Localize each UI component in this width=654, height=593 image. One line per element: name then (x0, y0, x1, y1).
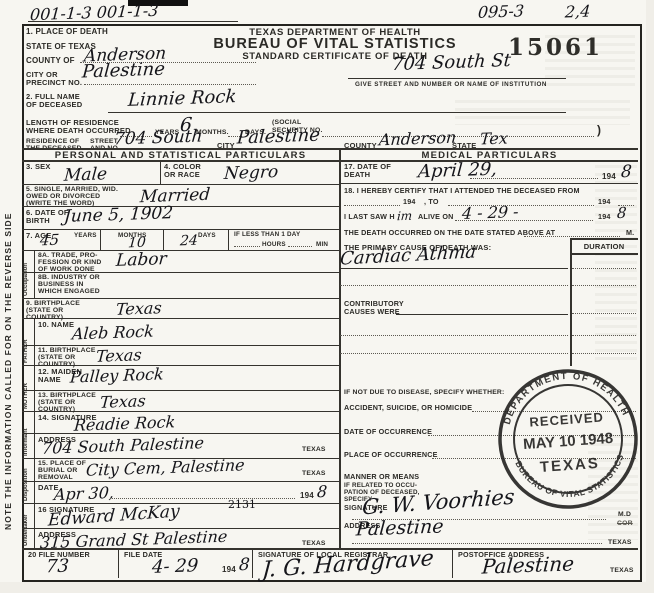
city-label-2: PRECINCT NO. (26, 78, 82, 87)
undertaker-code: 2131 (228, 498, 256, 511)
file-number-value: 73 (45, 556, 69, 578)
full-name-value: Linnie Rock (127, 86, 237, 111)
physician-cor-label: COR (617, 520, 633, 528)
fill-line (340, 335, 568, 336)
bureau-title: BUREAU OF VITAL STATISTICS (170, 36, 500, 52)
rule-line (340, 183, 638, 184)
burial-date-year-printed: 194 (300, 491, 314, 501)
undertaker-side-label: Undertaker (23, 505, 29, 546)
date-occ-label: DATE OF OCCURRENCE (344, 428, 432, 437)
rule-line (22, 298, 340, 299)
fill-line (84, 84, 256, 85)
dod-year-written: 8 (620, 162, 632, 182)
fill-line (572, 313, 636, 314)
fill-line (344, 205, 400, 206)
fill-line (352, 543, 602, 544)
personal-section-title: PERSONAL AND STATISTICAL PARTICULARS (22, 150, 339, 161)
county-label: COUNTY OF (26, 56, 75, 66)
age-years-label: YEARS (74, 232, 97, 240)
father-name-value: Aleb Rock (71, 322, 154, 344)
last-saw-mid: ALIVE ON (418, 213, 454, 222)
not-disease-label: IF NOT DUE TO DISEASE, SPECIFY WHETHER: (344, 389, 505, 397)
age-days-value: 24 (179, 233, 198, 250)
rule-line (340, 268, 568, 269)
dob-value: June 5, 1902 (63, 203, 173, 227)
last-saw-fill: im (397, 209, 413, 224)
contributory-label-2: CAUSES WERE (344, 308, 400, 317)
rule-line (252, 548, 253, 578)
trade-label-3: OF WORK DONE (38, 266, 95, 274)
place-of-death-label: 1. PLACE OF DEATH (26, 27, 108, 37)
file-date-year-printed: 194 (222, 565, 236, 575)
dob-label-2: BIRTH (26, 216, 50, 225)
received-stamp: DEPARTMENT OF HEALTH BUREAU OF VITAL STA… (491, 361, 645, 517)
fill-line (572, 335, 636, 336)
mother-bp-value: Texas (99, 391, 146, 412)
occupation-side-label: Occupation (23, 252, 29, 296)
fill-line (110, 498, 295, 499)
rule-line (570, 238, 572, 366)
manner-label: MANNER OR MEANS (344, 473, 419, 482)
city-value: Palestine (81, 59, 165, 83)
stamp-date: MAY 10 1948 (523, 430, 614, 453)
street-caption: GIVE STREET AND NUMBER OR NAME OF INSTIT… (355, 81, 547, 89)
rule-line (348, 78, 566, 79)
res-street-value: 704 South (113, 126, 203, 149)
burial-state: TEXAS (302, 470, 326, 478)
ssn-paren: ) (597, 123, 601, 137)
color-label-2: OR RACE (164, 170, 200, 179)
informant-sig-value: Readie Rock (73, 412, 176, 435)
margin-note: NOTE THE INFORMATION CALLED FOR ON THE R… (3, 138, 13, 530)
rule-line (118, 548, 119, 578)
sex-label: 3. SEX (26, 162, 51, 171)
fill-line (288, 246, 312, 247)
accident-label: ACCIDENT, SUICIDE, OR HOMICIDE (344, 404, 472, 413)
certify-to: , TO (424, 198, 439, 207)
undertaker-addr-state: TEXAS (302, 540, 326, 548)
rule-line (100, 229, 101, 250)
age-years-value: 45 (39, 231, 59, 250)
rule-line (22, 390, 340, 391)
res-city-value: Palestine (236, 125, 320, 149)
postoffice-state: TEXAS (610, 567, 634, 575)
street-value: 704 South St (391, 50, 511, 75)
file-date-value: 4- 29 (151, 555, 199, 578)
rule-line (228, 229, 229, 250)
burial-date-year-written: 8 (316, 482, 328, 501)
fill-line (340, 285, 568, 286)
age-days-label: DAYS (198, 232, 216, 240)
age-less-label: IF LESS THAN 1 DAY (234, 231, 300, 239)
color-value: Negro (223, 162, 279, 184)
dod-label-2: DEATH (344, 170, 370, 179)
file-date-year-written: 8 (238, 555, 250, 575)
age-hours-label: HOURS (262, 241, 286, 249)
rule-line (570, 238, 638, 240)
res-county-value: Anderson (378, 128, 457, 150)
top-right-code-a: 095-3 (477, 1, 524, 22)
rule-line (22, 318, 340, 319)
fill-line (470, 178, 598, 179)
fill-line (340, 353, 568, 354)
fill-line (455, 220, 593, 221)
full-name-label-2: OF DECEASED (26, 100, 82, 109)
trade-value: Labor (115, 249, 167, 271)
rule-line (28, 21, 238, 22)
death-certificate-scan: 001-1-3 001-1-3 095-3 2,4 NOTE THE INFOR… (0, 0, 654, 593)
rule-line (34, 318, 35, 548)
rule-line (160, 160, 161, 184)
rule-line (22, 250, 340, 251)
stamp-texas: TEXAS (539, 455, 600, 476)
sex-value: Male (63, 164, 107, 186)
fill-line (234, 246, 260, 247)
rule-line (452, 548, 453, 578)
stamp-received: RECEIVED (529, 409, 604, 429)
mother-name-label-2: NAME (38, 375, 61, 384)
age-min-label: MIN (316, 241, 328, 249)
certify-year-1: 194 (403, 198, 416, 207)
burial-date-value: Apr 30, (53, 483, 114, 504)
disposition-side-label: Disposition (23, 460, 29, 501)
postoffice-value: Palestine (481, 551, 575, 578)
column-divider (339, 148, 341, 548)
fill-line (572, 268, 636, 269)
res-state-value: Tex (479, 128, 508, 148)
rule-line (34, 250, 35, 298)
mother-name-value: Palley Rock (69, 364, 164, 386)
duration-label: DURATION (572, 242, 636, 251)
physician-addr-state: TEXAS (608, 539, 632, 547)
last-saw-pre: I LAST SAW H (344, 213, 395, 222)
rule-line (22, 345, 340, 346)
physician-addr-value: Palestine (355, 515, 444, 540)
mother-side-label: MOTHER (23, 367, 29, 409)
father-side-label: FATHER (23, 320, 29, 363)
fill-line (524, 236, 620, 237)
industry-label-3: WHICH ENGAGED (38, 288, 100, 296)
fill-line (572, 285, 636, 286)
birthplace-value: Texas (115, 298, 162, 319)
informant-side-label: Informant (23, 413, 29, 456)
rule-line (396, 314, 568, 315)
age-months-value: 10 (127, 235, 146, 252)
fill-line (572, 353, 636, 354)
burial-label-3: REMOVAL (38, 474, 73, 482)
last-saw-year-written: 8 (616, 204, 627, 222)
rule-line (108, 112, 566, 113)
physician-md-label: M.D (618, 511, 631, 519)
top-right-code-b: 2,4 (564, 2, 591, 22)
fill-line (322, 136, 594, 137)
informant-addr-state: TEXAS (302, 446, 326, 454)
dod-year-printed: 194 (602, 172, 616, 182)
rule-line (22, 229, 340, 230)
certificate-number: 15061 (508, 34, 603, 61)
rule-line (163, 229, 164, 250)
last-saw-year-printed: 194 (598, 213, 611, 222)
father-bp-value: Texas (95, 345, 142, 366)
rule-line (570, 253, 638, 255)
place-occ-label: PLACE OF OCCURRENCE (344, 451, 438, 460)
certify-line: 18. I HEREBY CERTIFY THAT I ATTENDED THE… (344, 187, 580, 196)
certify-year-2: 194 (598, 198, 611, 207)
father-name-label: 10. NAME (38, 320, 74, 329)
death-occurred-m: M. (626, 229, 634, 238)
